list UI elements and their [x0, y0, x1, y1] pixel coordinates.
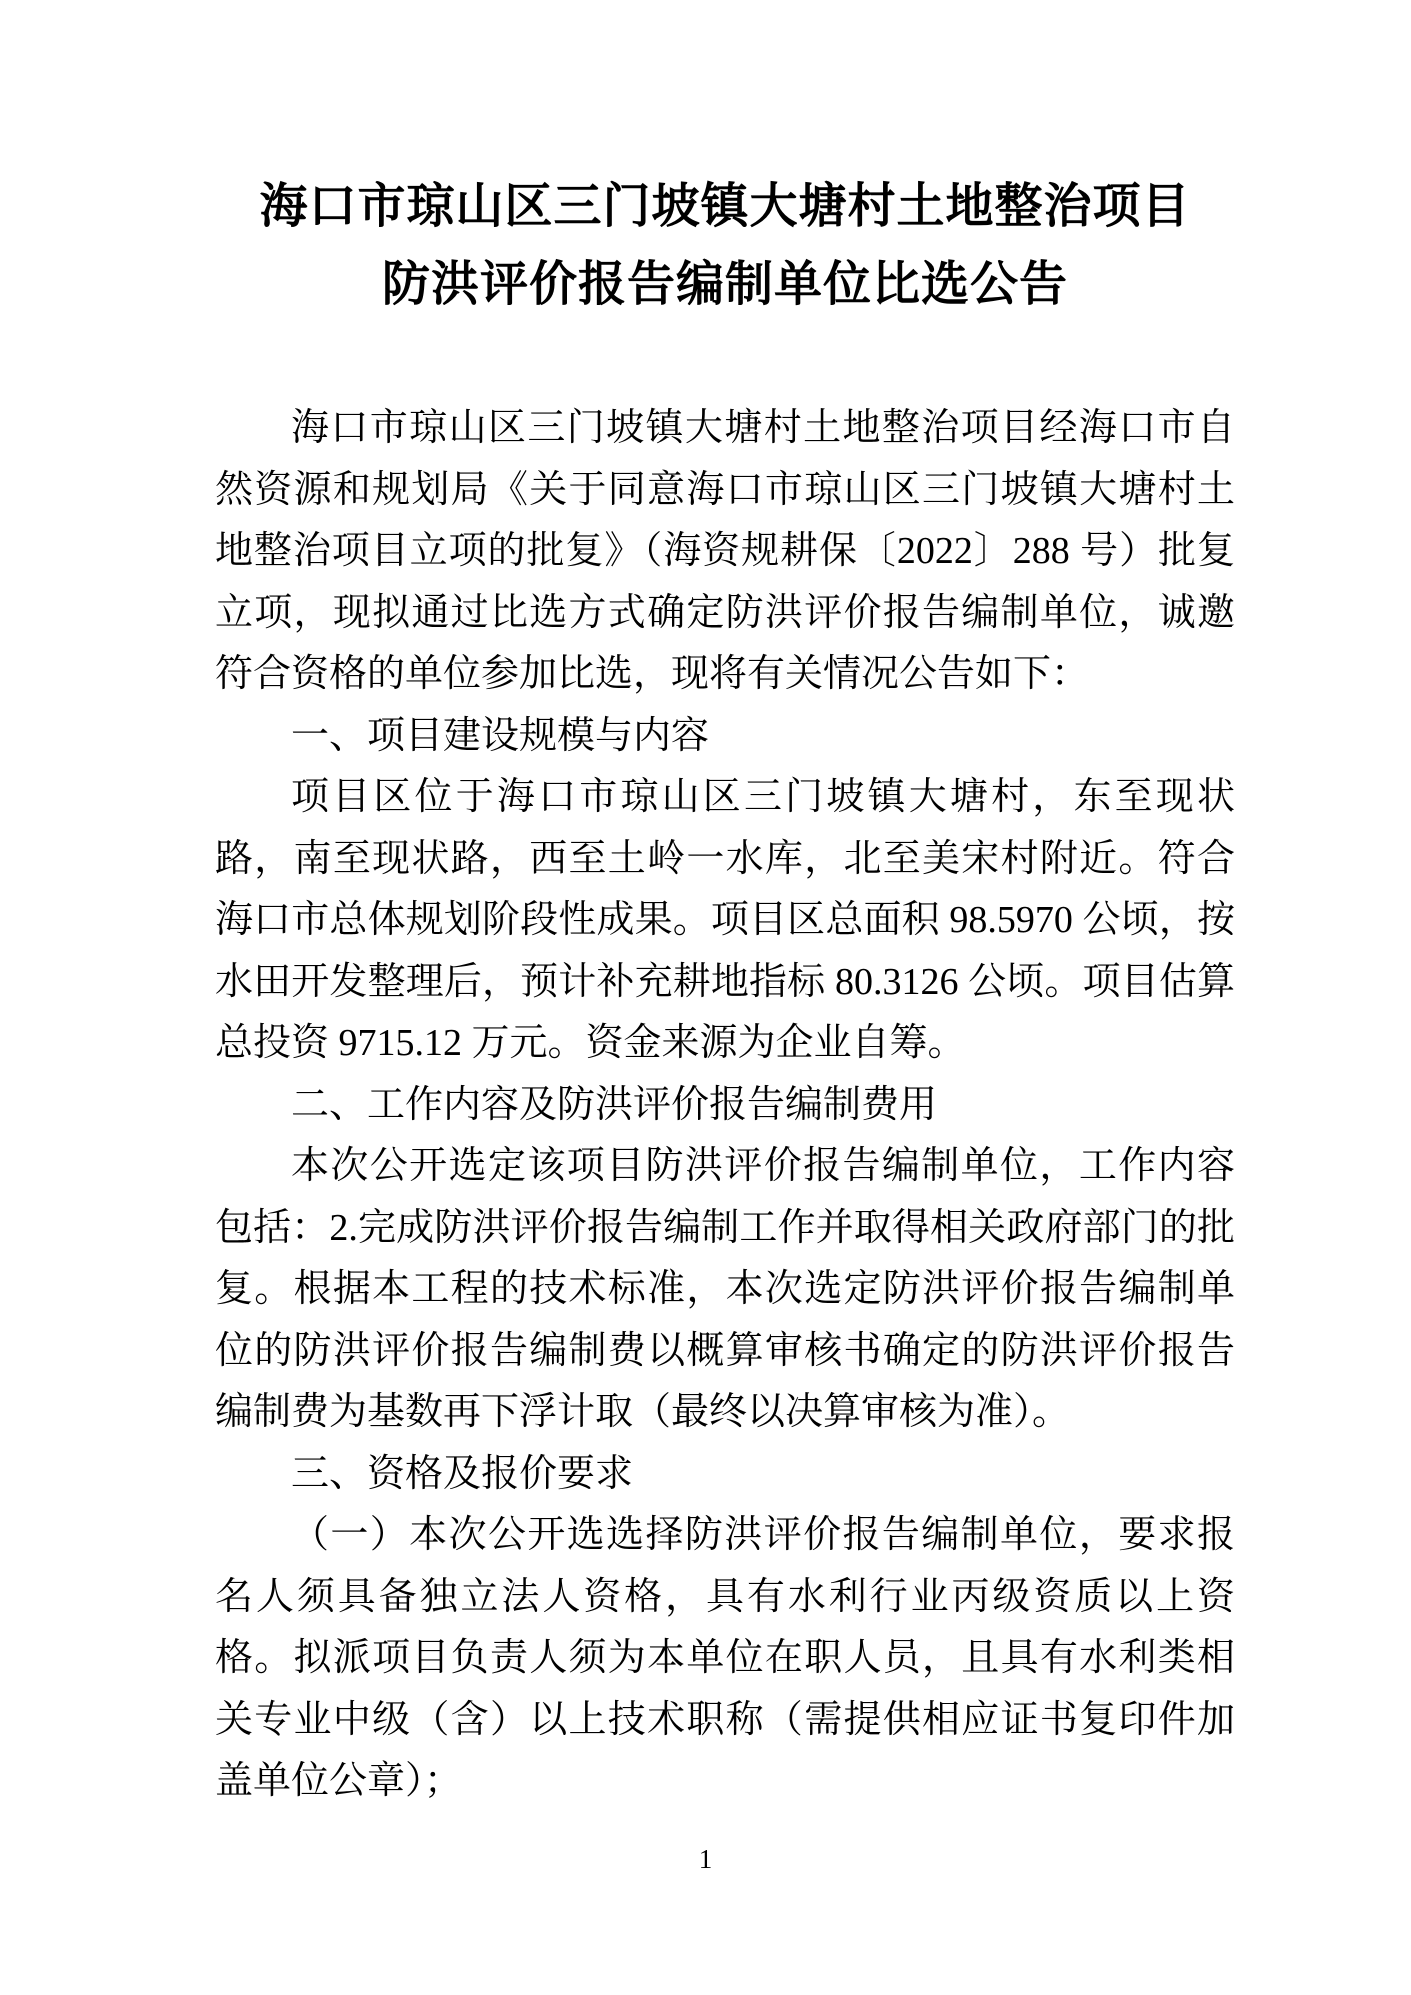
- title-line-2: 防洪评价报告编制单位比选公告: [215, 246, 1235, 324]
- paragraph-intro: 海口市琼山区三门坡镇大塘村土地整治项目经海口市自然资源和规划局《关于同意海口市琼…: [215, 398, 1235, 706]
- paragraph-section-1: 项目区位于海口市琼山区三门坡镇大塘村，东至现状路，南至现状路，西至土岭一水库，北…: [215, 767, 1235, 1075]
- heading-section-1: 一、项目建设规模与内容: [215, 706, 1235, 768]
- document-body: 海口市琼山区三门坡镇大塘村土地整治项目 防洪评价报告编制单位比选公告 海口市琼山…: [0, 0, 1411, 1813]
- document-page: 海口市琼山区三门坡镇大塘村土地整治项目 防洪评价报告编制单位比选公告 海口市琼山…: [0, 0, 1411, 1995]
- title-line-1: 海口市琼山区三门坡镇大塘村土地整治项目: [215, 168, 1235, 246]
- heading-section-3: 三、资格及报价要求: [215, 1444, 1235, 1506]
- document-title: 海口市琼山区三门坡镇大塘村土地整治项目 防洪评价报告编制单位比选公告: [215, 168, 1235, 324]
- paragraph-section-2: 本次公开选定该项目防洪评价报告编制单位，工作内容包括：2.完成防洪评价报告编制工…: [215, 1136, 1235, 1444]
- paragraph-section-3: （一）本次公开选选择防洪评价报告编制单位，要求报名人须具备独立法人资格，具有水利…: [215, 1505, 1235, 1813]
- page-number: 1: [0, 1843, 1411, 1875]
- heading-section-2: 二、工作内容及防洪评价报告编制费用: [215, 1075, 1235, 1137]
